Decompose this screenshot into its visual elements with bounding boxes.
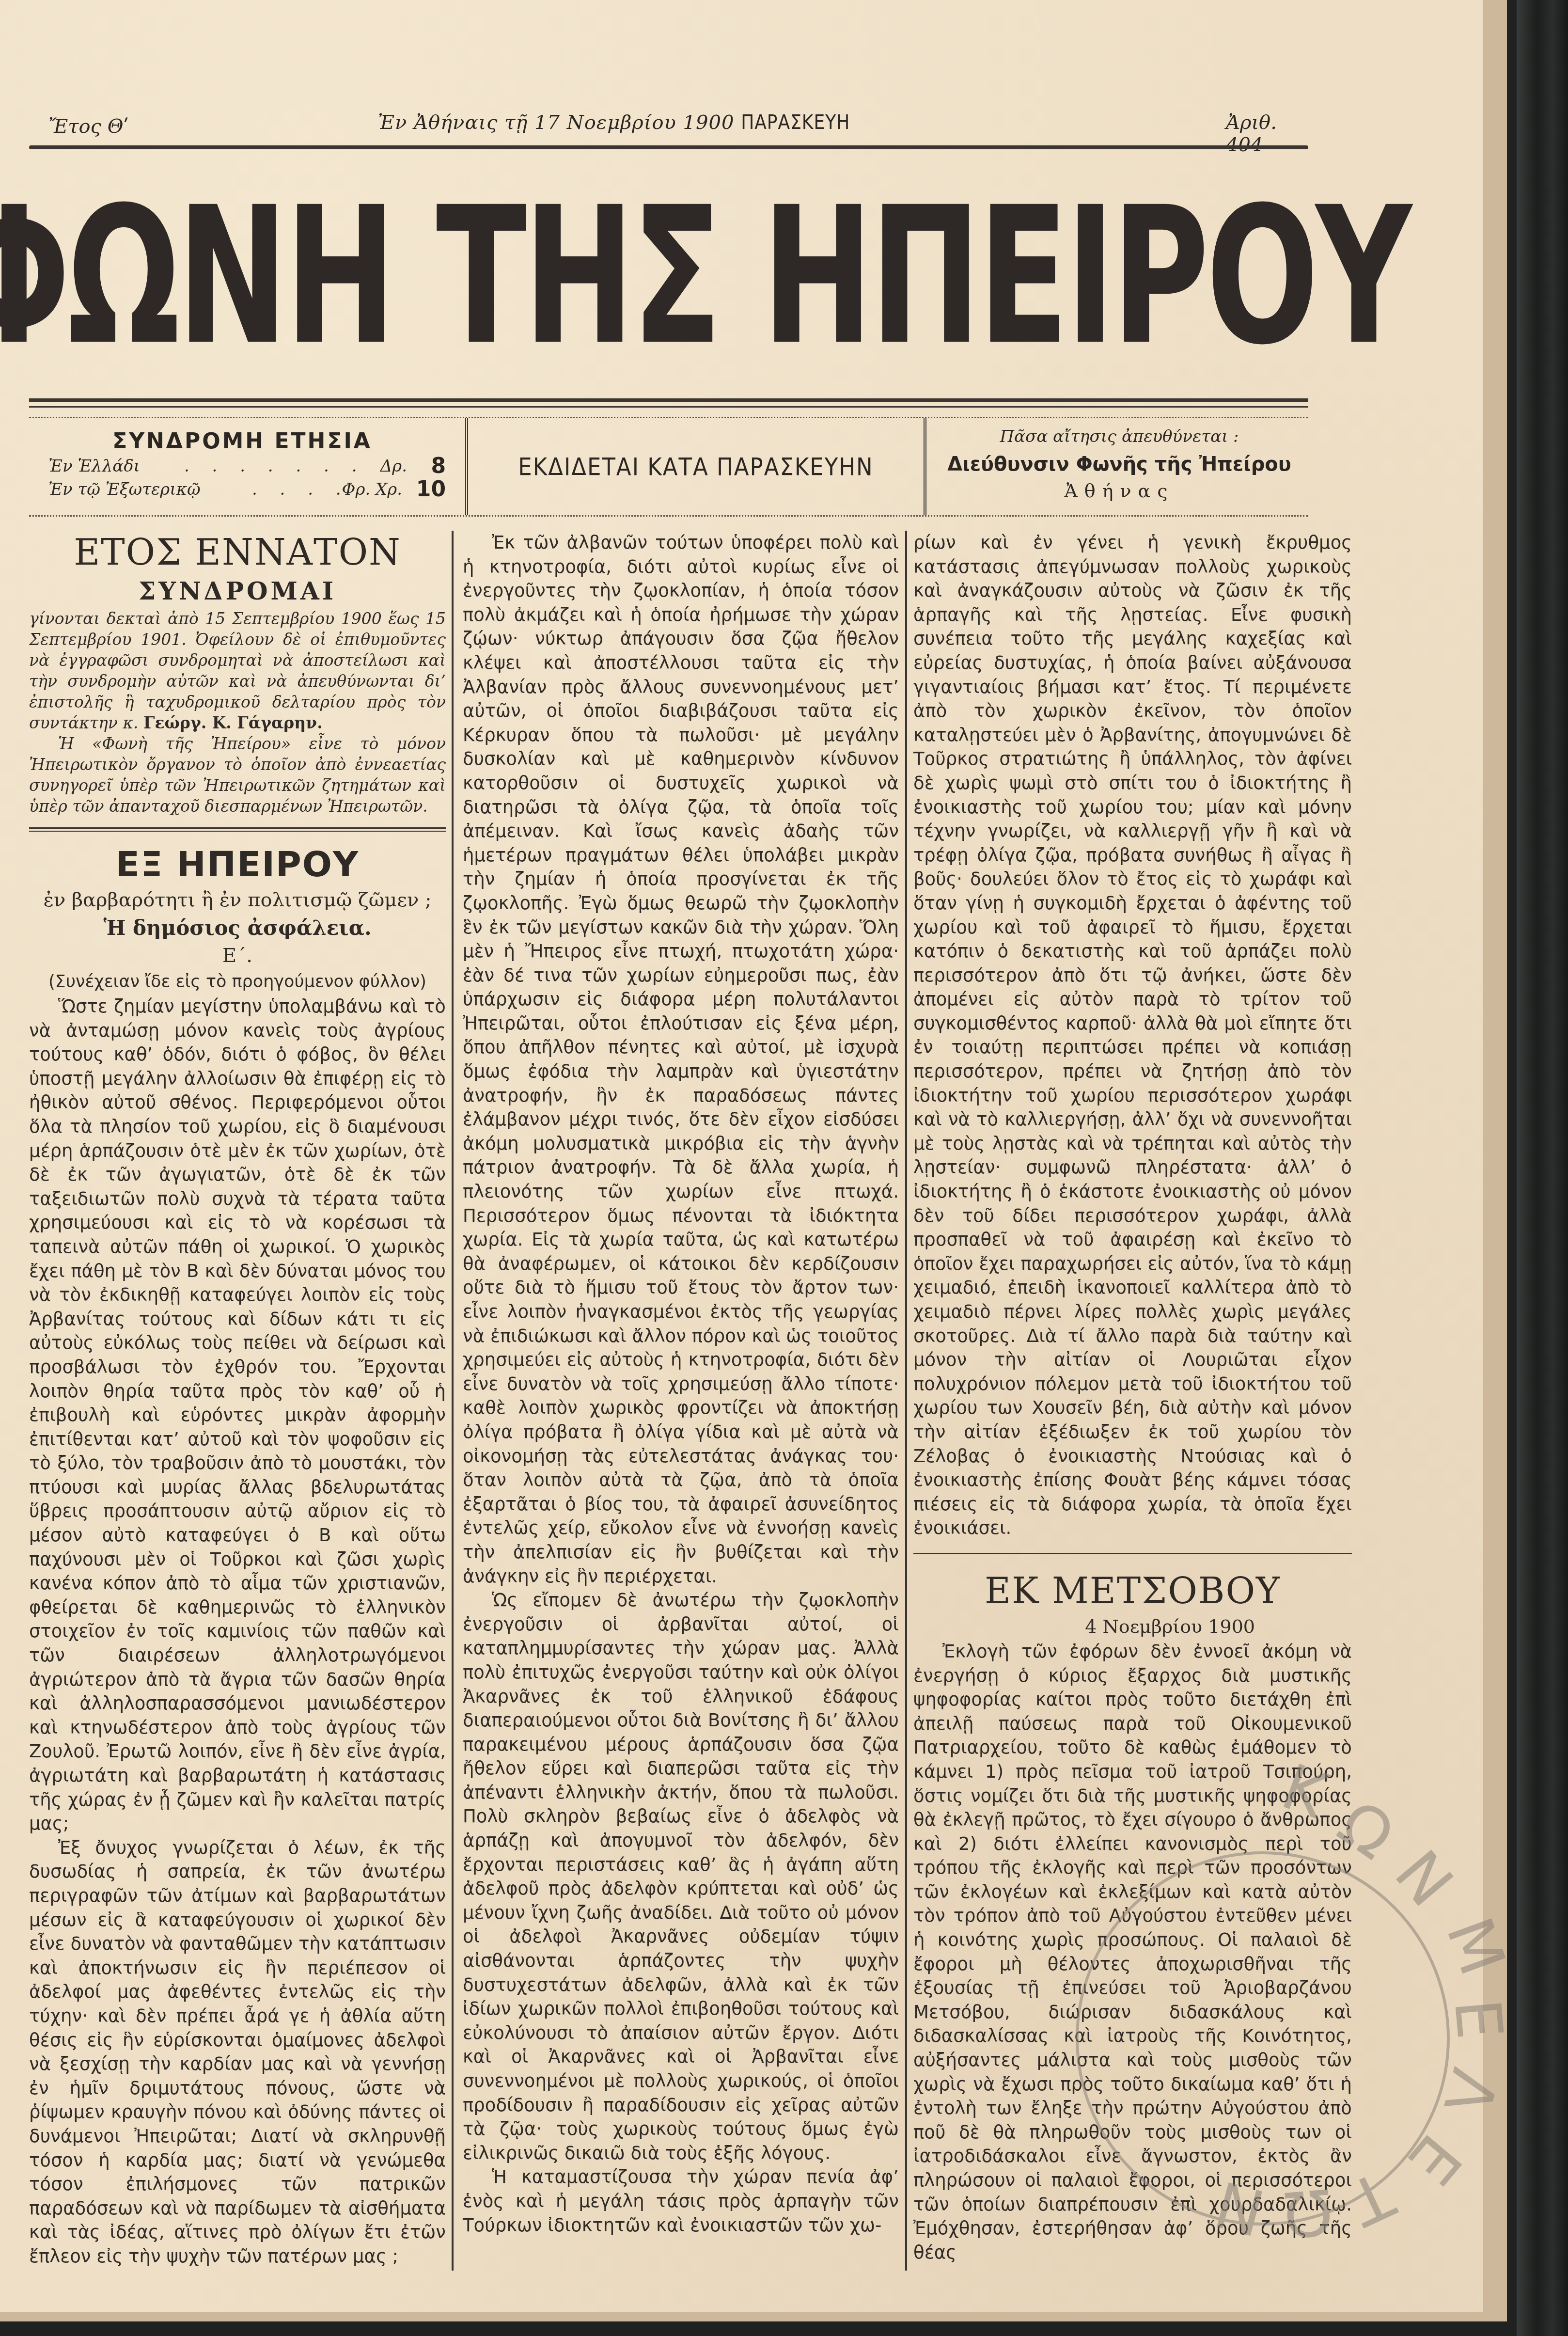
editor-name: Γεώργ. Κ. Γάγαρην. (143, 713, 323, 732)
subscriptions-notice: γίνονται δεκταὶ ἀπὸ 15 Σεπτεμβρίου 1900 … (29, 608, 446, 733)
article-paragraph: Ἐκ τῶν ἀλβανῶν τούτων ὑποφέρει πολὺ καὶ … (463, 531, 899, 1588)
article-kicker: ἐν βαρβαρότητι ἢ ἐν πολιτισμῷ ζῶμεν ; (29, 886, 446, 914)
article-paragraph: Ὥστε ζημίαν μεγίστην ὑπολαμβάνω καὶ τὸ ν… (29, 994, 446, 1836)
leader-dots: . . . . . . . (184, 457, 366, 476)
masthead-rule (29, 398, 1308, 402)
publication-box: ΕΚΔΙΔΕΤΑΙ ΚΑΤΑ ΠΑΡΑΣΚΕΥΗΝ (465, 418, 926, 515)
subscriptions-heading: ΣΥΝΔΡΟΜΑΙ (29, 574, 446, 608)
address-city: Ἀθήνας (930, 480, 1308, 502)
subscription-box: ΣΥΝΔΡΟΜΗ ΕΤΗΣΙΑ Ἐν Ἑλλάδι . . . . . . . … (29, 418, 455, 515)
column-rule (905, 531, 907, 2271)
continuation-note: (Συνέχειαν ἴδε εἰς τὸ προηγούμενον φύλλο… (29, 969, 446, 994)
book-binding (1517, 0, 1568, 2336)
dateline: Ἔτος Θʹ Ἐν Ἀθήναις τῇ 17 Νοεμβρίου 1900 … (44, 111, 1303, 141)
section-heading: ΕΞ ΗΠΕΙΡΟΥ (29, 842, 446, 886)
price-amount: 10 (416, 477, 446, 502)
paper-description: Ἡ «Φωνὴ τῆς Ἠπείρου» εἶνε τὸ μόνον Ἠπειρ… (29, 733, 446, 817)
column-3: ρίων καὶ ἐν γένει ἡ γενικὴ ἔκρυθμος κατά… (913, 531, 1352, 2275)
address-intro: Πᾶσα αἴτησις ἀπευθύνεται : (930, 427, 1308, 446)
subscription-bar: ΣΥΝΔΡΟΜΗ ΕΤΗΣΙΑ Ἐν Ἑλλάδι . . . . . . . … (29, 417, 1308, 517)
stamp-letter: Ν (1380, 1837, 1467, 1920)
price-label: Ἐν τῷ Ἐξωτερικῷ (48, 480, 201, 499)
column-1: ΕΤΟΣ ΕΝΝΑΤΟΝ ΣΥΝΔΡΟΜΑΙ γίνονται δεκταὶ ἀ… (29, 531, 446, 2275)
column-rule (452, 531, 454, 2271)
newspaper-page: Ἔτος Θʹ Ἐν Ἀθήναις τῇ 17 Νοεμβρίου 1900 … (0, 0, 1483, 2312)
leader-dots: . . . . (252, 480, 350, 499)
issue-date: Ἐν Ἀθήναις τῇ 17 Νοεμβρίου 1900 ΠΑΡΑΣΚΕΥ… (378, 111, 850, 134)
header-rule (29, 145, 1308, 149)
article-paragraph: Ὡς εἴπομεν δὲ ἀνωτέρω τὴν ζῳοκλοπὴν ἐνερ… (463, 1588, 899, 2165)
article-part: Ε΄. (29, 942, 446, 969)
weekday: ΠΑΡΑΣΚΕΥΗ (741, 111, 850, 134)
article-separator (913, 1553, 1352, 1554)
article-paragraph: ρίων καὶ ἐν γένει ἡ γενικὴ ἔκρυθμος κατά… (913, 531, 1352, 1540)
article-paragraph: Ἐξ ὄνυχος γνωρίζεται ὁ λέων, ἐκ τῆς δυσω… (29, 1836, 446, 2269)
price-currency: Φρ. Χρ. (342, 480, 402, 499)
article-paragraph: Ἐκλογὴ τῶν ἐφόρων δὲν ἐννοεῖ ἀκόμη νὰ ἐν… (913, 1640, 1352, 2264)
price-row-abroad: Ἐν τῷ Ἐξωτερικῷ . . . . Φρ. Χρ. 10 (48, 477, 446, 500)
masthead-rule-thin (29, 406, 1308, 408)
publication-note: ΕΚΔΙΔΕΤΑΙ ΚΑΤΑ ΠΑΡΑΣΚΕΥΗΝ (468, 418, 924, 515)
article-paragraph: Ἡ καταμαστίζουσα τὴν χώραν πενία ἀφ’ ἑνὸ… (463, 2165, 899, 2237)
price-label: Ἐν Ἑλλάδι (48, 457, 140, 476)
section-separator (29, 827, 446, 832)
issue-number: Ἀριθ. 404 (1226, 111, 1303, 156)
masthead-title: ΦΩΝΗ ΤΗΣ ΗΠΕΙΡΟΥ (294, 165, 1073, 388)
stamp-letter: Ε (1394, 2121, 1475, 2199)
year-label: Ἔτος Θʹ (48, 115, 129, 138)
year-heading: ΕΤΟΣ ΕΝΝΑΤΟΝ (29, 531, 446, 574)
address-box: Πᾶσα αἴτησις ἀπευθύνεται : Διεύθυνσιν Φω… (930, 418, 1308, 515)
article-topic: Ἡ δημόσιος ἀσφάλεια. (29, 914, 446, 942)
metsovo-heading: ΕΚ ΜΕΤΣΟΒΟΥ (913, 1569, 1352, 1613)
place-date: Ἐν Ἀθήναις τῇ 17 Νοεμβρίου 1900 (378, 111, 734, 134)
address-recipient: Διεύθυνσιν Φωνῆς τῆς Ἠπείρου (930, 453, 1308, 475)
subscription-title: ΣΥΝΔΡΟΜΗ ΕΤΗΣΙΑ (29, 429, 455, 454)
price-amount: 8 (431, 454, 446, 478)
price-currency: Δρ. (380, 457, 407, 476)
price-row-domestic: Ἐν Ἑλλάδι . . . . . . . Δρ. 8 (48, 454, 446, 477)
column-2: Ἐκ τῶν ἀλβανῶν τούτων ὑποφέρει πολὺ καὶ … (463, 531, 899, 2275)
metsovo-date: 4 Νοεμβρίου 1900 (913, 1613, 1352, 1640)
